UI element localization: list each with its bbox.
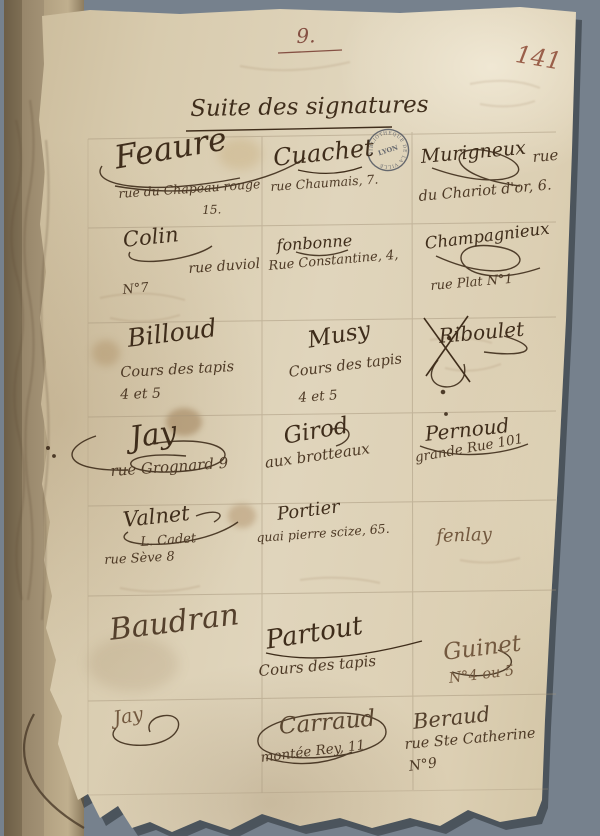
signature-address: rue Sève 8	[104, 550, 175, 567]
signature-name: Jay	[128, 417, 179, 453]
signature-name: Jay	[112, 705, 145, 729]
signature-address: N°7	[122, 281, 149, 297]
signature-name: Colin	[122, 224, 180, 251]
signature-address: 4 et 5	[120, 387, 161, 402]
signature-address: 4 et 5	[298, 389, 338, 405]
signature-address: rue	[532, 148, 559, 165]
signature-address: 15.	[202, 203, 222, 216]
paper-sheet	[0, 0, 600, 836]
folio-number: 141	[514, 42, 563, 74]
stain	[92, 340, 120, 366]
signature-address: N°9	[408, 756, 438, 774]
signature-address: L. Cadet	[140, 532, 197, 549]
page-heading: Suite des signatures	[190, 94, 429, 121]
page-numero: 9.	[296, 25, 316, 46]
signature-name: fenlay	[436, 526, 492, 546]
stain	[228, 504, 256, 528]
scanned-manuscript-page: BIBLIOTHEQUE DE LA VILLE LYON 9. 141 Sui…	[0, 0, 600, 836]
